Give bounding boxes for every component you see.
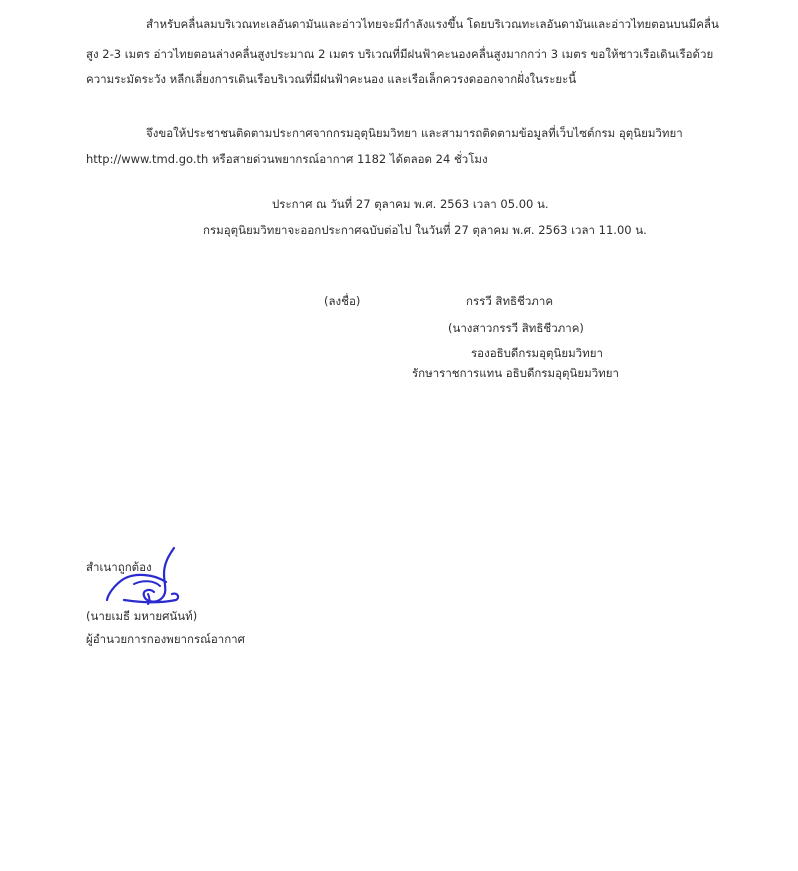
- next-issue-datetime: กรมอุตุนิยมวิทยาจะออกประกาศฉบับต่อไป ในว…: [203, 222, 647, 238]
- handwritten-signature-icon: [104, 544, 184, 610]
- signed-name: กรรวี สิทธิชีวภาค: [466, 293, 553, 309]
- paragraph-line: สูง 2-3 เมตร อ่าวไทยตอนล่างคลื่นสูงประมา…: [86, 46, 713, 62]
- signatory-full-name: (นางสาวกรรวี สิทธิชีวภาค): [448, 320, 584, 336]
- signatory-acting-position: รักษาราชการแทน อธิบดีกรมอุตุนิยมวิทยา: [412, 365, 619, 381]
- certifier-name: (นายเมธี มหายศนันท์): [86, 608, 197, 624]
- issued-datetime: ประกาศ ณ วันที่ 27 ตุลาคม พ.ศ. 2563 เวลา…: [272, 196, 549, 212]
- signatory-position: รองอธิบดีกรมอุตุนิยมวิทยา: [471, 345, 603, 361]
- signed-label: (ลงชื่อ): [324, 293, 360, 309]
- paragraph-line: ความระมัดระวัง หลีกเลี่ยงการเดินเรือบริเ…: [86, 71, 576, 87]
- certifier-position: ผู้อำนวยการกองพยากรณ์อากาศ: [86, 631, 245, 647]
- paragraph-line: จึงขอให้ประชาชนติดตามประกาศจากกรมอุตุนิย…: [146, 125, 683, 141]
- paragraph-line: สำหรับคลื่นลมบริเวณทะเลอันดามันและอ่าวไท…: [146, 16, 719, 32]
- paragraph-line: http://www.tmd.go.th หรือสายด่วนพยากรณ์อ…: [86, 151, 488, 167]
